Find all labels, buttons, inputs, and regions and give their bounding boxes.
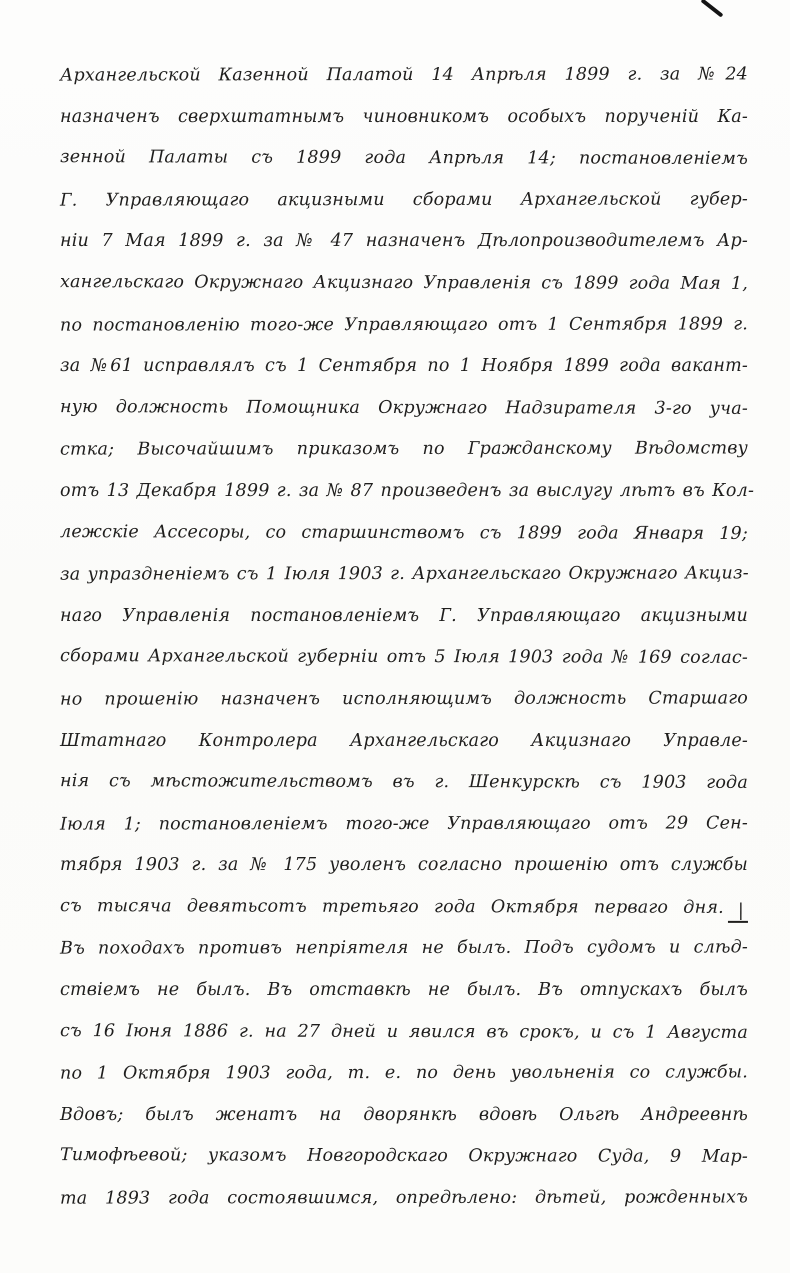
manuscript-line: Архангельской Казенной Палатой 14 Апрѣля…	[60, 54, 748, 97]
manuscript-line: но прошенію назначенъ исполняющимъ должн…	[60, 678, 748, 721]
manuscript-line: зенной Палаты съ 1899 года Апрѣля 14; по…	[60, 137, 748, 180]
manuscript-line: ствіемъ не былъ. Въ отставкѣ не былъ. Въ…	[60, 970, 748, 1012]
manuscript-line: та 1893 года состоявшимся, опредѣлено: д…	[60, 1177, 748, 1220]
manuscript-line: по 1 Октября 1903 года, т. е. по день ув…	[60, 1053, 748, 1096]
manuscript-line: наго Управленія постановленіемъ Г. Управ…	[60, 596, 748, 638]
manuscript-line: Г. Управляющаго акцизными сборами Арханг…	[60, 179, 748, 222]
manuscript-line: назначенъ сверхштатнымъ чиновникомъ особ…	[60, 97, 748, 139]
manuscript-line: отъ 13 Декабря 1899 г. за № 87 произведе…	[60, 471, 748, 513]
manuscript-line: Тимофѣевой; указомъ Новгородскаго Окружн…	[60, 1136, 748, 1179]
manuscript-line: стка; Высочайшимъ приказомъ по Гражданск…	[60, 429, 748, 472]
manuscript-line: нія съ мѣстожительствомъ въ г. Шенкурскѣ…	[60, 761, 748, 804]
manuscript-line: съ 16 Іюня 1886 г. на 27 дней и явился в…	[60, 1011, 748, 1054]
manuscript-line: Въ походахъ противъ непріятеля не былъ. …	[60, 928, 748, 971]
manuscript-line: съ тысяча девятьсотъ третьяго года Октяб…	[60, 886, 748, 929]
manuscript-line: хангельскаго Окружнаго Акцизнаго Управле…	[60, 262, 748, 305]
end-of-entry-mark: |	[728, 901, 748, 923]
manuscript-line: Вдовъ; былъ женатъ на дворянкѣ вдовѣ Оль…	[60, 1095, 748, 1137]
manuscript-line: тября 1903 г. за № 175 уволенъ согласно …	[60, 845, 748, 887]
manuscript-line: лежскіе Ассесоры, со старшинствомъ съ 18…	[60, 512, 748, 555]
manuscript-line: Іюля 1; постановленіемъ того-же Управляю…	[60, 803, 748, 846]
handwritten-text-block: Архангельской Казенной Палатой 14 Апрѣля…	[60, 55, 748, 1220]
manuscript-line: ную должность Помощника Окружнаго Надзир…	[60, 387, 748, 430]
line-text: съ тысяча девятьсотъ третьяго года Октяб…	[60, 896, 724, 918]
manuscript-scan-page: Архангельской Казенной Палатой 14 Апрѣля…	[0, 0, 790, 1273]
manuscript-line: сборами Архангельской губерніи отъ 5 Іюл…	[60, 636, 748, 679]
manuscript-line: ніи 7 Мая 1899 г. за № 47 назначенъ Дѣло…	[60, 221, 748, 263]
manuscript-line: по постановленію того-же Управляющаго от…	[60, 304, 748, 347]
manuscript-line: за упраздненіемъ съ 1 Іюля 1903 г. Архан…	[60, 554, 748, 597]
manuscript-line: за №61 исправлялъ съ 1 Сентября по 1 Ноя…	[60, 346, 748, 388]
manuscript-line: Штатнаго Контролера Архангельскаго Акциз…	[60, 721, 748, 763]
ink-blot-artifact	[701, 0, 724, 18]
